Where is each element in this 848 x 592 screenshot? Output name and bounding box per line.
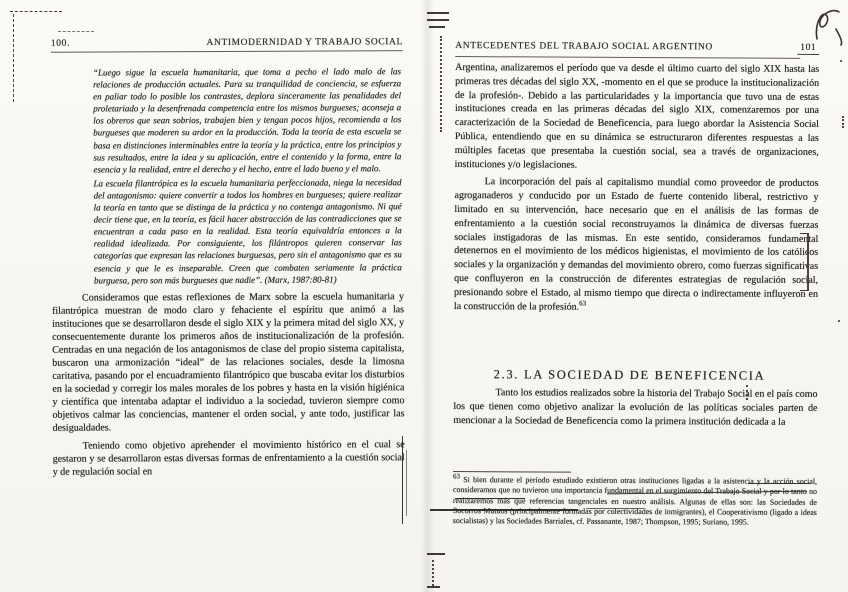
running-header-left-title: ANTIMODERNIDAD Y TRABAJO SOCIAL	[206, 37, 402, 48]
section-paragraph: Tanto los estudios realizados sobre la h…	[453, 386, 817, 429]
margin-bracket	[807, 233, 809, 291]
margin-pen-line	[402, 436, 403, 524]
handwritten-scribble	[812, 3, 846, 47]
body-paragraph: Argentina, analizaremos el período que v…	[455, 61, 820, 173]
running-header-right-title: ANTECEDENTES DEL TRABAJO SOCIAL ARGENTIN…	[455, 41, 713, 52]
hand-underline	[586, 508, 644, 509]
margin-bracket	[800, 233, 808, 234]
hand-underline	[748, 483, 810, 484]
running-header-left: 100. ANTIMODERNIDAD Y TRABAJO SOCIAL	[51, 37, 403, 49]
copy-edge-mark	[10, 11, 62, 12]
body-paragraph: Consideramos que estas reflexiones de Ma…	[52, 290, 405, 435]
scanned-book-spread: 100. ANTIMODERNIDAD Y TRABAJO SOCIAL “Lu…	[0, 0, 848, 592]
margin-bracket	[800, 290, 808, 291]
section-heading: 2.3. LA SOCIEDAD DE BENEFICENCIA	[494, 368, 818, 385]
body-paragraph: Teniendo como objetivo aprehender el mov…	[53, 438, 405, 479]
heading-side-mark	[746, 385, 748, 400]
gutter-mark	[429, 26, 445, 28]
speck	[838, 320, 840, 322]
page-number-left: 100.	[51, 39, 70, 49]
page-right: ANTECEDENTES DEL TRABAJO SOCIAL ARGENTIN…	[428, 0, 848, 592]
footnote-reference: 63	[579, 299, 586, 307]
gutter-mark	[427, 12, 449, 14]
speck	[842, 116, 844, 128]
gutter-mark	[427, 553, 445, 555]
copy-edge-mark	[58, 31, 94, 32]
block-quote: “Luego sigue la escuela humanitaria, que…	[93, 65, 402, 286]
gutter-mark	[432, 560, 434, 586]
body-paragraph: La incorporación del país al capitalismo…	[454, 175, 819, 315]
running-header-right: ANTECEDENTES DEL TRABAJO SOCIAL ARGENTIN…	[455, 41, 819, 55]
hand-underline	[430, 509, 578, 511]
header-rule-left	[51, 50, 403, 53]
speck	[840, 60, 842, 62]
gutter-mark	[440, 36, 442, 132]
hand-underline	[455, 498, 525, 499]
copy-edge-mark	[13, 14, 14, 102]
gutter-mark	[427, 19, 449, 21]
footnote-marker: 63	[453, 472, 460, 480]
gutter-mark	[427, 586, 440, 588]
body-paragraph-text: La incorporación del país al capitalismo…	[454, 177, 819, 313]
footnote-separator	[453, 471, 571, 473]
quote-paragraph: “Luego sigue la escuela humanitaria, que…	[93, 65, 401, 175]
quote-paragraph: La escuela filantrópica es la escuela hu…	[93, 176, 401, 286]
page-left: 100. ANTIMODERNIDAD Y TRABAJO SOCIAL “Lu…	[0, 0, 431, 592]
margin-pen-line	[406, 450, 407, 516]
header-rule-right	[455, 56, 800, 59]
